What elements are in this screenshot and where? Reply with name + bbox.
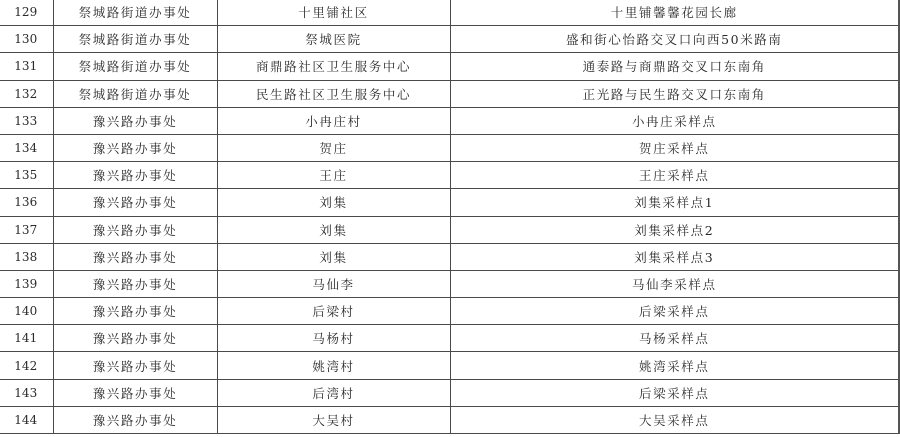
table-row: 136 豫兴路办事处 刘集 刘集采样点1 (0, 189, 899, 216)
office-name: 豫兴路办事处 (53, 134, 217, 161)
site-name: 后梁村 (217, 298, 450, 325)
site-name: 马仙李 (217, 270, 450, 297)
sampling-location: 通泰路与商鼎路交叉口东南角 (450, 53, 899, 80)
table-row: 142 豫兴路办事处 姚湾村 姚湾采样点 (0, 352, 899, 379)
table-row: 138 豫兴路办事处 刘集 刘集采样点3 (0, 243, 899, 270)
sampling-location: 小冉庄采样点 (450, 107, 899, 134)
site-name: 民生路社区卫生服务中心 (217, 80, 450, 107)
row-number: 130 (0, 26, 53, 53)
sampling-location: 刘集采样点1 (450, 189, 899, 216)
table-row: 141 豫兴路办事处 马杨村 马杨采样点 (0, 325, 899, 352)
office-name: 豫兴路办事处 (53, 352, 217, 379)
row-number: 143 (0, 379, 53, 406)
table-row: 129 祭城路街道办事处 十里铺社区 十里铺馨馨花园长廊 (0, 0, 899, 26)
sampling-location: 贺庄采样点 (450, 134, 899, 161)
site-name: 贺庄 (217, 134, 450, 161)
site-name: 后湾村 (217, 379, 450, 406)
table-row: 132 祭城路街道办事处 民生路社区卫生服务中心 正光路与民生路交叉口东南角 (0, 80, 899, 107)
row-number: 133 (0, 107, 53, 134)
sampling-location: 十里铺馨馨花园长廊 (450, 0, 899, 26)
site-name: 刘集 (217, 189, 450, 216)
office-name: 豫兴路办事处 (53, 189, 217, 216)
row-number: 137 (0, 216, 53, 243)
sampling-location: 后梁采样点 (450, 379, 899, 406)
table-row: 134 豫兴路办事处 贺庄 贺庄采样点 (0, 134, 899, 161)
office-name: 豫兴路办事处 (53, 270, 217, 297)
site-name: 小冉庄村 (217, 107, 450, 134)
site-name: 马杨村 (217, 325, 450, 352)
row-number: 138 (0, 243, 53, 270)
row-number: 139 (0, 270, 53, 297)
row-number: 131 (0, 53, 53, 80)
sampling-location: 刘集采样点3 (450, 243, 899, 270)
office-name: 豫兴路办事处 (53, 107, 217, 134)
sampling-location: 刘集采样点2 (450, 216, 899, 243)
sampling-location: 马仙李采样点 (450, 270, 899, 297)
office-name: 豫兴路办事处 (53, 243, 217, 270)
office-name: 豫兴路办事处 (53, 162, 217, 189)
row-number: 132 (0, 80, 53, 107)
office-name: 豫兴路办事处 (53, 298, 217, 325)
sampling-location: 姚湾采样点 (450, 352, 899, 379)
site-name: 商鼎路社区卫生服务中心 (217, 53, 450, 80)
site-name: 刘集 (217, 243, 450, 270)
table-body: 129 祭城路街道办事处 十里铺社区 十里铺馨馨花园长廊 130 祭城路街道办事… (0, 0, 899, 434)
office-name: 祭城路街道办事处 (53, 0, 217, 26)
sampling-sites-table: 129 祭城路街道办事处 十里铺社区 十里铺馨馨花园长廊 130 祭城路街道办事… (0, 0, 900, 434)
site-name: 刘集 (217, 216, 450, 243)
site-name: 姚湾村 (217, 352, 450, 379)
table-row: 137 豫兴路办事处 刘集 刘集采样点2 (0, 216, 899, 243)
sampling-location: 马杨采样点 (450, 325, 899, 352)
office-name: 豫兴路办事处 (53, 406, 217, 433)
sampling-location: 王庄采样点 (450, 162, 899, 189)
office-name: 豫兴路办事处 (53, 216, 217, 243)
table-row: 133 豫兴路办事处 小冉庄村 小冉庄采样点 (0, 107, 899, 134)
table-row: 131 祭城路街道办事处 商鼎路社区卫生服务中心 通泰路与商鼎路交叉口东南角 (0, 53, 899, 80)
site-name: 十里铺社区 (217, 0, 450, 26)
sampling-location: 后梁采样点 (450, 298, 899, 325)
row-number: 135 (0, 162, 53, 189)
site-name: 王庄 (217, 162, 450, 189)
row-number: 140 (0, 298, 53, 325)
office-name: 祭城路街道办事处 (53, 26, 217, 53)
sampling-location: 盛和街心怡路交叉口向西50米路南 (450, 26, 899, 53)
table-row: 144 豫兴路办事处 大吴村 大吴采样点 (0, 406, 899, 433)
sampling-location: 正光路与民生路交叉口东南角 (450, 80, 899, 107)
row-number: 142 (0, 352, 53, 379)
row-number: 129 (0, 0, 53, 26)
site-name: 祭城医院 (217, 26, 450, 53)
office-name: 祭城路街道办事处 (53, 80, 217, 107)
office-name: 祭城路街道办事处 (53, 53, 217, 80)
row-number: 134 (0, 134, 53, 161)
site-name: 大吴村 (217, 406, 450, 433)
office-name: 豫兴路办事处 (53, 325, 217, 352)
row-number: 136 (0, 189, 53, 216)
sampling-location: 大吴采样点 (450, 406, 899, 433)
table-row: 130 祭城路街道办事处 祭城医院 盛和街心怡路交叉口向西50米路南 (0, 26, 899, 53)
table-row: 135 豫兴路办事处 王庄 王庄采样点 (0, 162, 899, 189)
table-row: 140 豫兴路办事处 后梁村 后梁采样点 (0, 298, 899, 325)
row-number: 144 (0, 406, 53, 433)
table-row: 139 豫兴路办事处 马仙李 马仙李采样点 (0, 270, 899, 297)
row-number: 141 (0, 325, 53, 352)
office-name: 豫兴路办事处 (53, 379, 217, 406)
table-row: 143 豫兴路办事处 后湾村 后梁采样点 (0, 379, 899, 406)
